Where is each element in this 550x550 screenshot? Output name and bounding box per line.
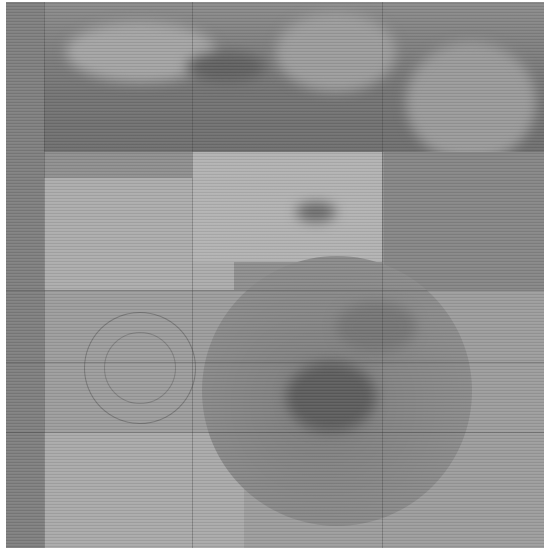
rug-photo xyxy=(0,0,550,550)
map-panel-right xyxy=(192,152,382,262)
continent xyxy=(286,362,376,432)
seam xyxy=(382,2,383,548)
seam xyxy=(192,2,193,548)
dark-patch xyxy=(186,52,266,82)
rug xyxy=(6,2,544,548)
light-patch xyxy=(406,42,536,162)
seam xyxy=(6,290,544,291)
light-patch xyxy=(276,12,396,92)
compass-ring xyxy=(104,332,176,404)
continent xyxy=(336,302,416,352)
seam xyxy=(6,362,544,363)
seam xyxy=(44,2,45,548)
lower-left-panel xyxy=(44,432,244,548)
left-border xyxy=(6,2,44,548)
seam xyxy=(6,432,544,433)
ship-icon xyxy=(296,202,336,222)
